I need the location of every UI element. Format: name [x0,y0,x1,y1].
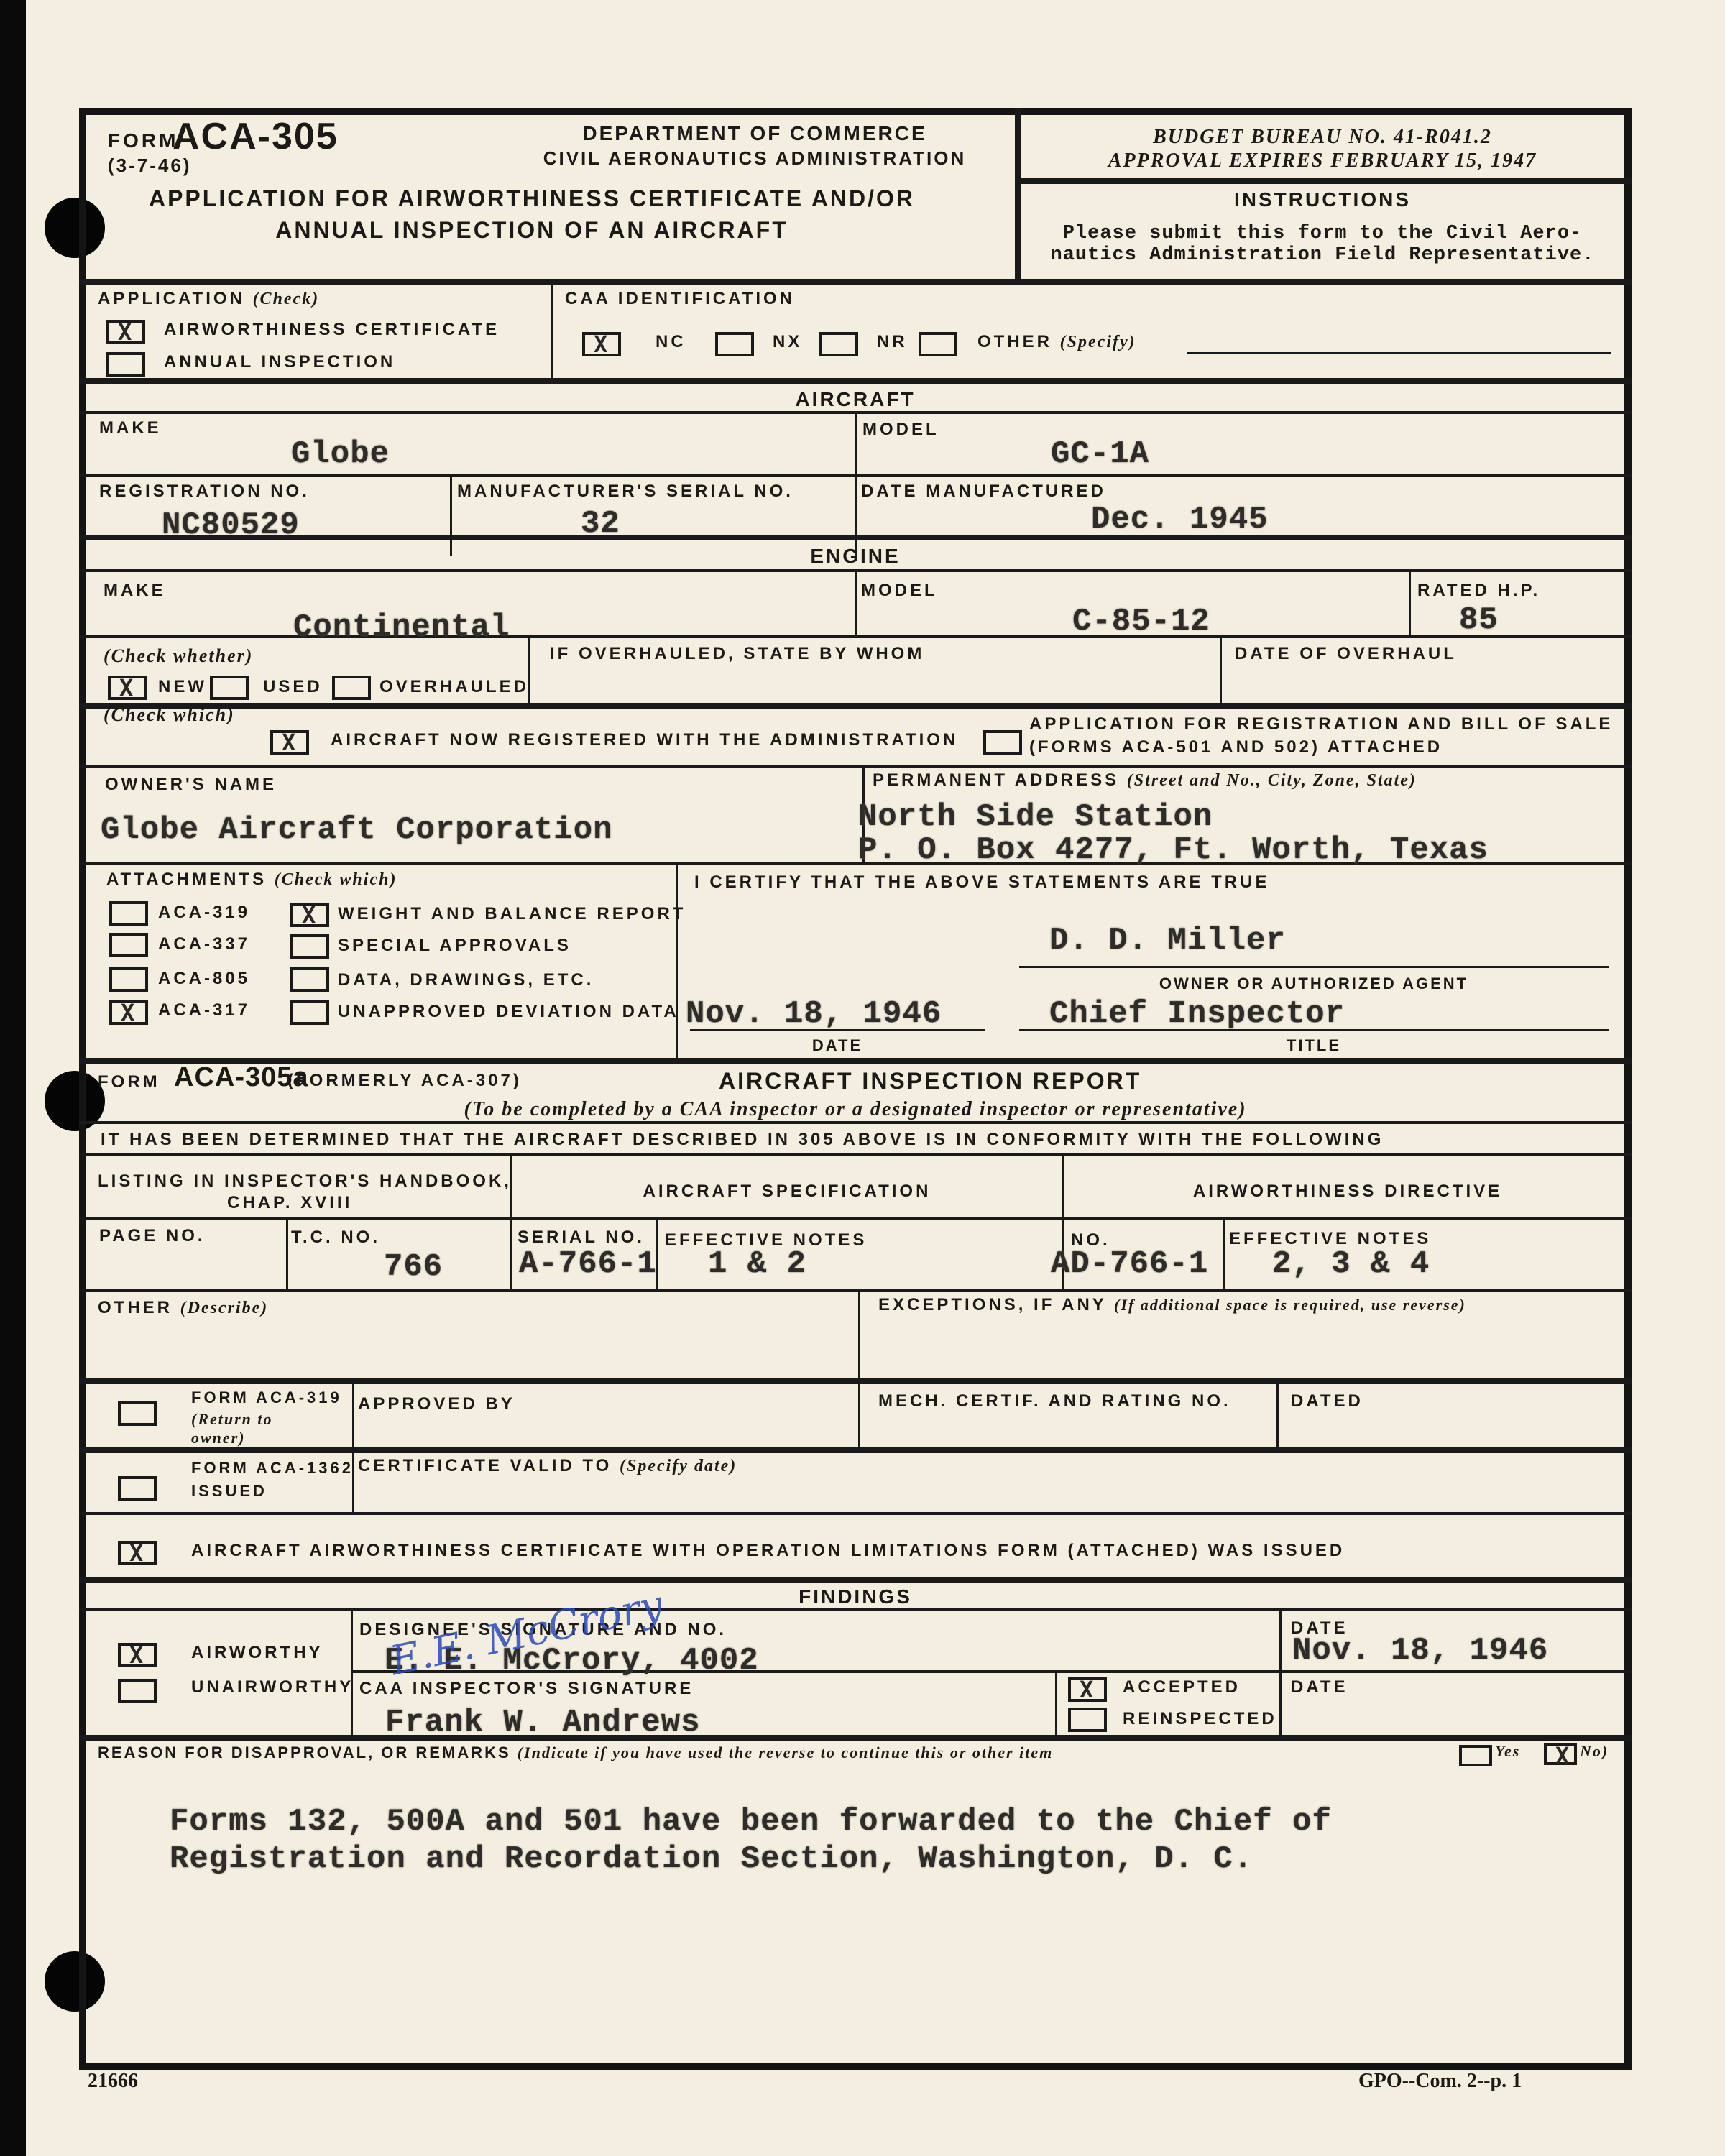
form-number: ACA-305 [172,115,339,158]
signer-title-label: TITLE [1019,1036,1609,1055]
budget-bureau: BUDGET BUREAU NO. 41-R041.2 [1021,126,1624,149]
owner-name-label: OWNER'S NAME [105,775,277,795]
engine-new-label: NEW [158,677,207,697]
form-title-line2: ANNUAL INSPECTION OF AN AIRCRAFT [137,217,927,244]
inspection-subtitle: (To be completed by a CAA inspector or a… [79,1098,1632,1121]
attachment-aca-337-checkbox[interactable] [109,933,148,957]
ad-title: AIRWORTHINESS DIRECTIVE [1064,1181,1632,1202]
attachment-aca-337-label: ACA-337 [158,934,250,954]
caa-inspector-signature-label: CAA INSPECTOR'S SIGNATURE [359,1679,694,1699]
aircraft-model-label: MODEL [862,420,939,440]
other-describe-label: OTHER (Describe) [98,1298,268,1318]
engine-make-value: Continental [293,609,510,645]
listing-line2: CHAP. XVIII [227,1193,352,1213]
signer-name: D. D. Miller [1049,923,1286,959]
form-aca-319-line3: owner) [191,1429,246,1447]
ad-no-value: AD-766-1 [1051,1246,1208,1282]
overhaul-date-label: DATE OF OVERHAUL [1235,644,1457,664]
registration-status-hint: (Check which) [103,704,235,726]
weight-balance-label: WEIGHT AND BALANCE REPORT [338,904,686,924]
engine-used-checkbox[interactable] [210,676,249,700]
unapproved-deviation-checkbox[interactable] [290,1000,329,1025]
signer-role-label: OWNER OR AUTHORIZED AGENT [1019,975,1609,993]
engine-model-label: MODEL [861,581,938,601]
spec-serial-label: SERIAL NO. [517,1227,645,1248]
form-title-line1: APPLICATION FOR AIRWORTHINESS CERTIFICAT… [137,185,927,212]
findings-title: FINDINGS [79,1585,1632,1608]
reverse-used-yes-checkbox[interactable] [1459,1745,1492,1766]
certification-date-label: DATE [690,1036,985,1055]
airworthy-label: AIRWORTHY [191,1643,323,1663]
attachment-aca-319-checkbox[interactable] [109,901,148,926]
serial-label: MANUFACTURER'S SERIAL NO. [457,482,793,502]
accepted-label: ACCEPTED [1123,1677,1241,1697]
address-line1: North Side Station [858,799,1213,835]
data-drawings-label: DATA, DRAWINGS, ETC. [338,970,594,990]
findings-date2-label: DATE [1291,1677,1348,1697]
tc-no-label: T.C. NO. [291,1227,380,1248]
aircraft-make-label: MAKE [99,418,162,438]
attachment-aca-319-label: ACA-319 [158,903,250,923]
dated-label: DATED [1291,1391,1363,1411]
registration-value: NC80529 [162,507,300,543]
approval-expires: APPROVAL EXPIRES FEBRUARY 15, 1947 [1021,149,1624,172]
airworthy-checkbox[interactable] [118,1643,157,1667]
engine-section-title: ENGINE [79,545,1632,568]
certification-date: Nov. 18, 1946 [686,996,942,1032]
attachments-label: ATTACHMENTS (Check which) [106,870,397,890]
footer-gpo-code: GPO--Com. 2--p. 1 [1358,2070,1522,2093]
registration-label: REGISTRATION NO. [99,482,310,502]
aircraft-registered-label: AIRCRAFT NOW REGISTERED WITH THE ADMINIS… [331,730,958,750]
aircraft-registered-checkbox[interactable] [270,730,309,755]
nr-label: NR [877,332,908,352]
form-aca-319-line1: FORM ACA-319 [191,1388,342,1407]
other-checkbox[interactable] [919,332,957,356]
tc-no-value: 766 [384,1249,443,1285]
exceptions-label: EXCEPTIONS, IF ANY (If additional space … [878,1295,1466,1315]
reinspected-label: REINSPECTED [1123,1709,1277,1729]
accepted-checkbox[interactable] [1068,1677,1107,1702]
cert-issued-checkbox[interactable] [118,1541,157,1565]
registration-application-line1: APPLICATION FOR REGISTRATION AND BILL OF… [1029,714,1613,734]
certify-statement: I CERTIFY THAT THE ABOVE STATEMENTS ARE … [694,872,1269,893]
mech-certif-label: MECH. CERTIF. AND RATING NO. [878,1391,1231,1411]
annual-inspection-label: ANNUAL INSPECTION [164,352,395,372]
dept-line1: DEPARTMENT OF COMMERCE [539,122,970,145]
nc-checkbox[interactable] [582,332,621,356]
special-approvals-label: SPECIAL APPROVALS [338,936,571,956]
reverse-used-no-label: No) [1580,1742,1609,1761]
engine-make-label: MAKE [103,581,166,601]
aircraft-section-title: AIRCRAFT [79,388,1632,411]
reinspected-checkbox[interactable] [1068,1708,1107,1732]
page-no-label: PAGE NO. [99,1226,206,1246]
engine-overhauled-checkbox[interactable] [332,676,371,700]
valid-to-label: CERTIFICATE VALID TO (Specify date) [358,1456,737,1476]
registration-application-line2: (FORMS ACA-501 AND 502) ATTACHED [1029,737,1443,757]
other-specify-field[interactable] [1187,352,1611,354]
approved-by-label: APPROVED BY [358,1394,515,1414]
form-aca-1362-checkbox[interactable] [118,1476,157,1501]
rated-hp-label: RATED H.P. [1417,581,1540,601]
form-aca-319-checkbox[interactable] [118,1401,157,1426]
instructions-text-2: nautics Administration Field Representat… [1021,244,1624,266]
signer-title: Chief Inspector [1049,996,1345,1032]
rated-hp-value: 85 [1459,602,1499,638]
reverse-used-yes-label: Yes [1495,1742,1520,1761]
nx-checkbox[interactable] [715,332,754,356]
nc-label: NC [655,332,686,352]
reverse-used-no-checkbox[interactable] [1544,1743,1577,1765]
application-label: APPLICATION (Check) [98,289,319,309]
engine-overhauled-label: OVERHAULED [379,677,529,697]
remarks-label: REASON FOR DISAPPROVAL, OR REMARKS (Indi… [98,1743,1053,1762]
data-drawings-checkbox[interactable] [290,967,329,992]
attachment-aca-317-checkbox[interactable] [109,1000,148,1025]
overhauled-by-label: IF OVERHAULED, STATE BY WHOM [550,644,924,664]
inspection-form-formerly: (FORMERLY ACA-307) [287,1071,522,1091]
aircraft-model-value: GC-1A [1051,436,1149,472]
condition-hint: (Check whether) [103,645,253,667]
airworthiness-certificate-label: AIRWORTHINESS CERTIFICATE [164,320,500,340]
instructions-title: INSTRUCTIONS [1021,188,1624,211]
dept-line2: CIVIL AERONAUTICS ADMINISTRATION [503,147,1006,170]
cert-issued-label: AIRCRAFT AIRWORTHINESS CERTIFICATE WITH … [191,1541,1345,1561]
nr-checkbox[interactable] [819,332,858,356]
registration-application-checkbox[interactable] [983,730,1022,755]
airworthiness-certificate-checkbox[interactable] [106,320,145,344]
unairworthy-label: UNAIRWORTHY [191,1677,354,1697]
date-manufactured-label: DATE MANUFACTURED [861,482,1106,502]
unairworthy-checkbox[interactable] [118,1679,157,1703]
attachment-aca-805-checkbox[interactable] [109,967,148,992]
spec-serial-value: A-766-1 [519,1246,657,1282]
engine-used-label: USED [263,677,323,697]
form-aca-1362-line2: ISSUED [191,1482,267,1501]
annual-inspection-checkbox[interactable] [106,352,145,377]
other-label: OTHER (Specify) [977,332,1136,352]
caa-identification-label: CAA IDENTIFICATION [565,289,795,309]
aircraft-spec-title: AIRCRAFT SPECIFICATION [512,1181,1062,1202]
engine-model-value: C-85-12 [1072,604,1210,640]
remarks-text-line1: Forms 132, 500A and 501 have been forwar… [170,1804,1332,1840]
findings-date-value: Nov. 18, 1946 [1292,1633,1548,1669]
form-prefix: FORM [108,129,178,152]
ad-notes-value: 2, 3 & 4 [1272,1246,1430,1282]
address-line2: P. O. Box 4277, Ft. Worth, Texas [858,832,1489,868]
instructions-text-1: Please submit this form to the Civil Aer… [1021,223,1624,244]
spec-notes-value: 1 & 2 [708,1246,806,1282]
weight-balance-checkbox[interactable] [290,903,329,927]
form-aca-319-line2: (Return to [191,1410,273,1429]
inspection-form-prefix: FORM [98,1072,160,1092]
unapproved-deviation-label: UNAPPROVED DEVIATION DATA [338,1002,679,1022]
inspection-title: AIRCRAFT INSPECTION REPORT [719,1068,1141,1095]
form-date: (3-7-46) [108,155,191,177]
attachment-aca-317-label: ACA-317 [158,1000,250,1021]
footer-form-code: 21666 [88,2070,138,2093]
owner-name-value: Globe Aircraft Corporation [101,812,613,848]
scan-edge [0,0,26,2156]
nx-label: NX [773,332,802,352]
form-aca-1362-line1: FORM ACA-1362 [191,1459,354,1478]
listing-line1: LISTING IN INSPECTOR'S HANDBOOK, [98,1171,512,1192]
aircraft-make-value: Globe [291,436,390,472]
date-manufactured-value: Dec. 1945 [1091,502,1269,538]
address-label: PERMANENT ADDRESS (Street and No., City,… [873,770,1417,791]
serial-value: 32 [581,506,620,542]
special-approvals-checkbox[interactable] [290,934,329,959]
remarks-text-line2: Registration and Recordation Section, Wa… [170,1841,1253,1877]
engine-new-checkbox[interactable] [108,676,147,700]
attachment-aca-805-label: ACA-805 [158,969,250,989]
conformity-statement: IT HAS BEEN DETERMINED THAT THE AIRCRAFT… [101,1130,1384,1150]
